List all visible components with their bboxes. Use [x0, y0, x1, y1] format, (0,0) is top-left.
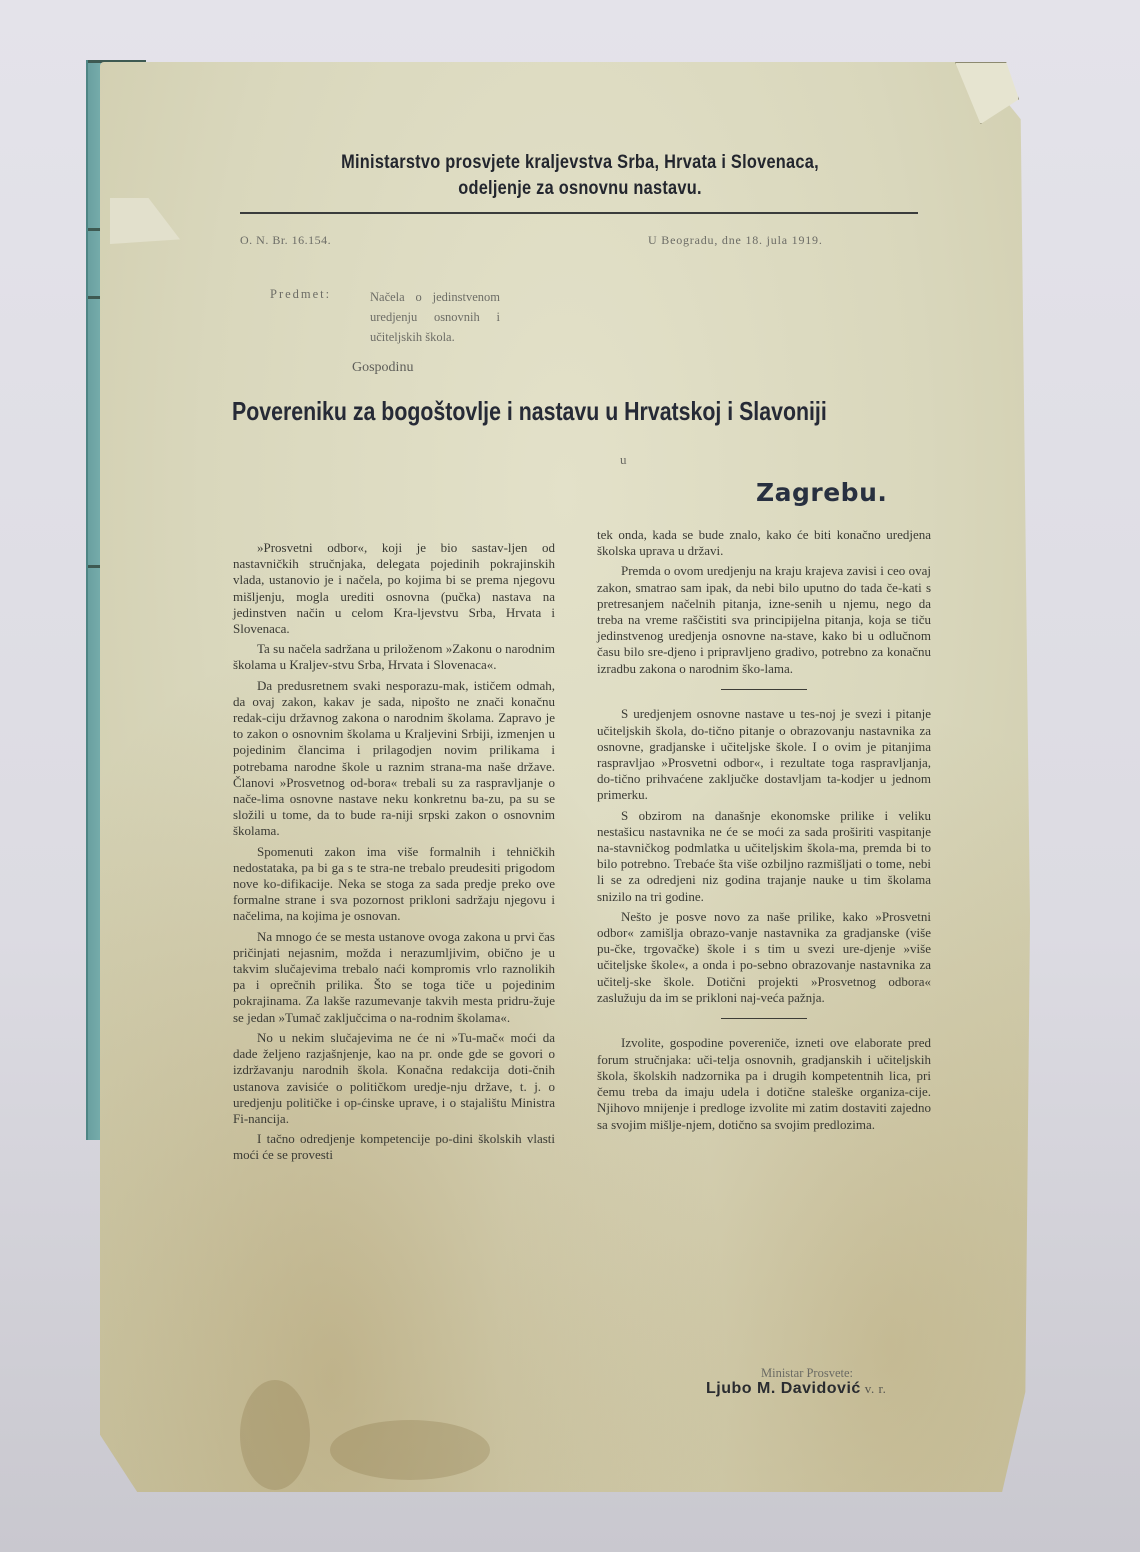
section-divider — [721, 1018, 807, 1020]
paragraph: Nešto je posve novo za naše prilike, kak… — [597, 909, 931, 1006]
signature-title: Ministar Prosvete: — [761, 1366, 853, 1381]
preposition: u — [620, 452, 627, 468]
signature: Ljubo M. Davidovićv. r. — [706, 1380, 886, 1398]
reference-number: O. N. Br. 16.154. — [240, 233, 331, 248]
paragraph: No u nekim slučajevima ne će ni »Tu-mač«… — [233, 1030, 555, 1127]
paragraph: S uredjenjem osnovne nastave u tes-noj j… — [597, 706, 931, 803]
paragraph: Na mnogo će se mesta ustanove ovoga zako… — [233, 929, 555, 1026]
header-rule — [240, 212, 918, 214]
recipient-title: Povereniku za bogoštovlje i nastavu u Hr… — [232, 396, 863, 427]
signature-suffix: v. r. — [865, 1381, 887, 1396]
paragraph: tek onda, kada se bude znalo, kako će bi… — [597, 527, 931, 559]
paragraph: Premda o ovom uredjenju na kraju krajeva… — [597, 563, 931, 676]
ministry-line-2: odeljenje za osnovnu nastavu. — [288, 176, 873, 202]
signature-name: Ljubo M. Davidović — [706, 1380, 861, 1397]
document-content: Ministarstvo prosvjete kraljevstva Srba,… — [0, 0, 1140, 1552]
paragraph: S obzirom na današnje ekonomske prilike … — [597, 808, 931, 905]
place-date: U Beogradu, dne 18. jula 1919. — [648, 233, 823, 248]
paragraph: Spomenuti zakon ima više formalnih i teh… — [233, 844, 555, 925]
subject-label: Predmet: — [270, 287, 331, 302]
ministry-heading: Ministarstvo prosvjete kraljevstva Srba,… — [288, 150, 873, 202]
right-column: tek onda, kada se bude znalo, kako će bi… — [597, 527, 931, 1133]
salutation: Gospodinu — [352, 360, 413, 376]
recipient-city: Zagrebu. — [756, 478, 887, 507]
section-divider — [721, 689, 807, 691]
paragraph: Izvolite, gospodine povereniče, izneti o… — [597, 1035, 931, 1132]
subject-text: Načela o jedinstvenom uredjenju osnovnih… — [370, 287, 500, 347]
left-column: »Prosvetni odbor«, koji je bio sastav-lj… — [233, 540, 555, 1164]
ministry-line-1: Ministarstvo prosvjete kraljevstva Srba,… — [288, 150, 873, 176]
paragraph: I tačno odredjenje kompetencije po-dini … — [233, 1131, 555, 1163]
paragraph: Ta su načela sadržana u priloženom »Zako… — [233, 641, 555, 673]
paragraph: »Prosvetni odbor«, koji je bio sastav-lj… — [233, 540, 555, 637]
paragraph: Da predusretnem svaki nesporazu-mak, ist… — [233, 678, 555, 840]
